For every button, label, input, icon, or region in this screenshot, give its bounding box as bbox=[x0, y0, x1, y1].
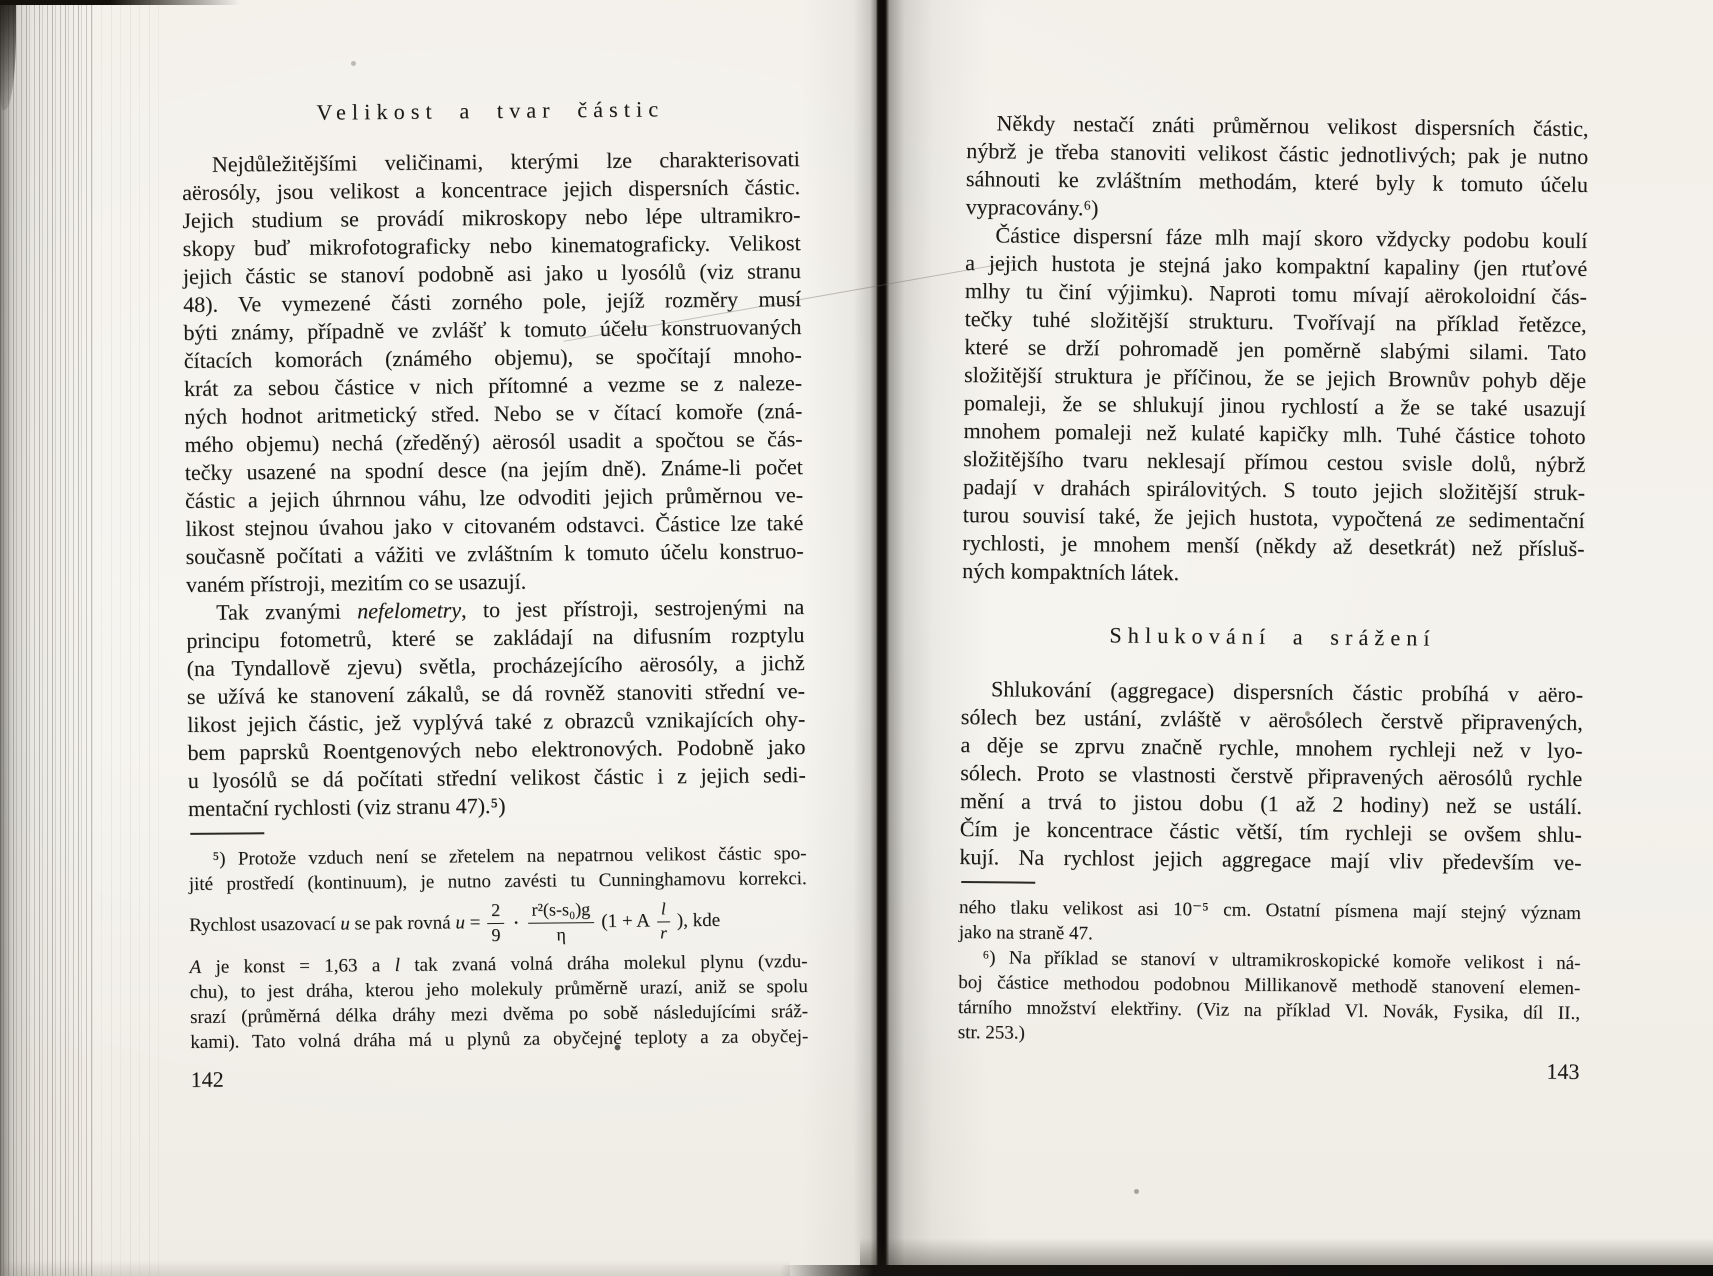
text-line: kují. Na rychlost jejich aggregace mají … bbox=[959, 843, 1581, 877]
footnote-rule bbox=[961, 881, 1035, 884]
formula-text: ), kde bbox=[677, 910, 720, 932]
dust-specks bbox=[0, 0, 3, 3]
footnote-text: ⁶) Na příklad se stanoví v ultramikrosko… bbox=[958, 945, 1581, 1051]
page-edges-texture-faint bbox=[92, 0, 164, 1276]
fraction-numerator: 2 bbox=[487, 901, 504, 924]
text-line: mentační rychlosti (viz stranu 47).⁵) bbox=[188, 789, 806, 823]
bottom-shadow bbox=[860, 1238, 1713, 1268]
fraction: 29 bbox=[487, 901, 504, 946]
fraction: r²(s-s₀)gη bbox=[527, 900, 594, 945]
footnote-rule bbox=[190, 832, 264, 835]
text-line: u lyosólů se dá počítati střední velikos… bbox=[188, 761, 806, 795]
page-number-left: 142 bbox=[191, 1061, 809, 1093]
paragraph: Částice dispersní fáze mlh mají skoro vž… bbox=[962, 221, 1587, 591]
page-number-right: 143 bbox=[957, 1053, 1579, 1085]
sedimentation-formula: Rychlost usazovací u se pak rovná u = 29… bbox=[189, 898, 807, 949]
fraction-numerator: r²(s-s₀)g bbox=[527, 900, 594, 923]
footnote-continuation: ného tlaku velikost asi 10⁻⁵ cm. Ostatní… bbox=[959, 895, 1581, 951]
paragraph: Tak zvanými nefelometry, to jest přístro… bbox=[186, 593, 806, 823]
footnote-6: ⁶) Na příklad se stanoví v ultramikrosko… bbox=[958, 945, 1581, 1051]
footnote-text: ného tlaku velikost asi 10⁻⁵ cm. Ostatní… bbox=[959, 895, 1581, 951]
section-heading-left: Velikost a tvar částic bbox=[181, 93, 799, 129]
footnote-text: ⁵) Protože vzduch není se zřetelem na ne… bbox=[188, 841, 806, 897]
text-line: jité prostředí (kontinuum), je nutno zav… bbox=[189, 866, 807, 897]
multiplication-dot: · bbox=[511, 910, 521, 936]
fraction-denominator: η bbox=[556, 923, 566, 945]
text-line: kami). Tato volná dráha má u plynů za ob… bbox=[190, 1024, 808, 1055]
bottom-edge-mark bbox=[780, 1265, 1713, 1276]
book-scan: Velikost a tvar částic Nejdůležitějšími … bbox=[0, 0, 1713, 1276]
footnote-text: A je konst = 1,63 a l tak zvaná volná dr… bbox=[189, 949, 808, 1055]
text-line: ných kompaktních látek. bbox=[962, 557, 1584, 591]
formula-text: (1 + A bbox=[601, 911, 650, 933]
fraction-numerator: l bbox=[657, 900, 670, 922]
left-page: Velikost a tvar částic Nejdůležitějšími … bbox=[181, 93, 809, 1092]
paragraph: Shlukování (aggregace) dispersních části… bbox=[959, 675, 1583, 877]
formula-text: Rychlost usazovací u se pak rovná u = bbox=[189, 912, 480, 937]
section-heading-right: Shlukování a srážení bbox=[961, 619, 1583, 655]
right-page: Někdy nestačí znáti průměrnou velikost d… bbox=[957, 109, 1588, 1085]
text-line: současně počítati a vážiti ve zvláštním … bbox=[186, 537, 804, 571]
top-edge-mark bbox=[0, 0, 240, 5]
fraction: lr bbox=[657, 900, 670, 942]
fraction-denominator: 9 bbox=[491, 924, 500, 946]
paragraph: Někdy nestačí znáti průměrnou velikost d… bbox=[966, 109, 1589, 227]
fraction-denominator: r bbox=[660, 922, 667, 943]
bottom-left-edge bbox=[0, 1260, 790, 1276]
page-edges-texture bbox=[0, 0, 92, 1276]
footnote-5: ⁵) Protože vzduch není se zřetelem na ne… bbox=[188, 841, 808, 1055]
paragraph: Nejdůležitějšími veličinami, kterými lze… bbox=[182, 145, 804, 599]
